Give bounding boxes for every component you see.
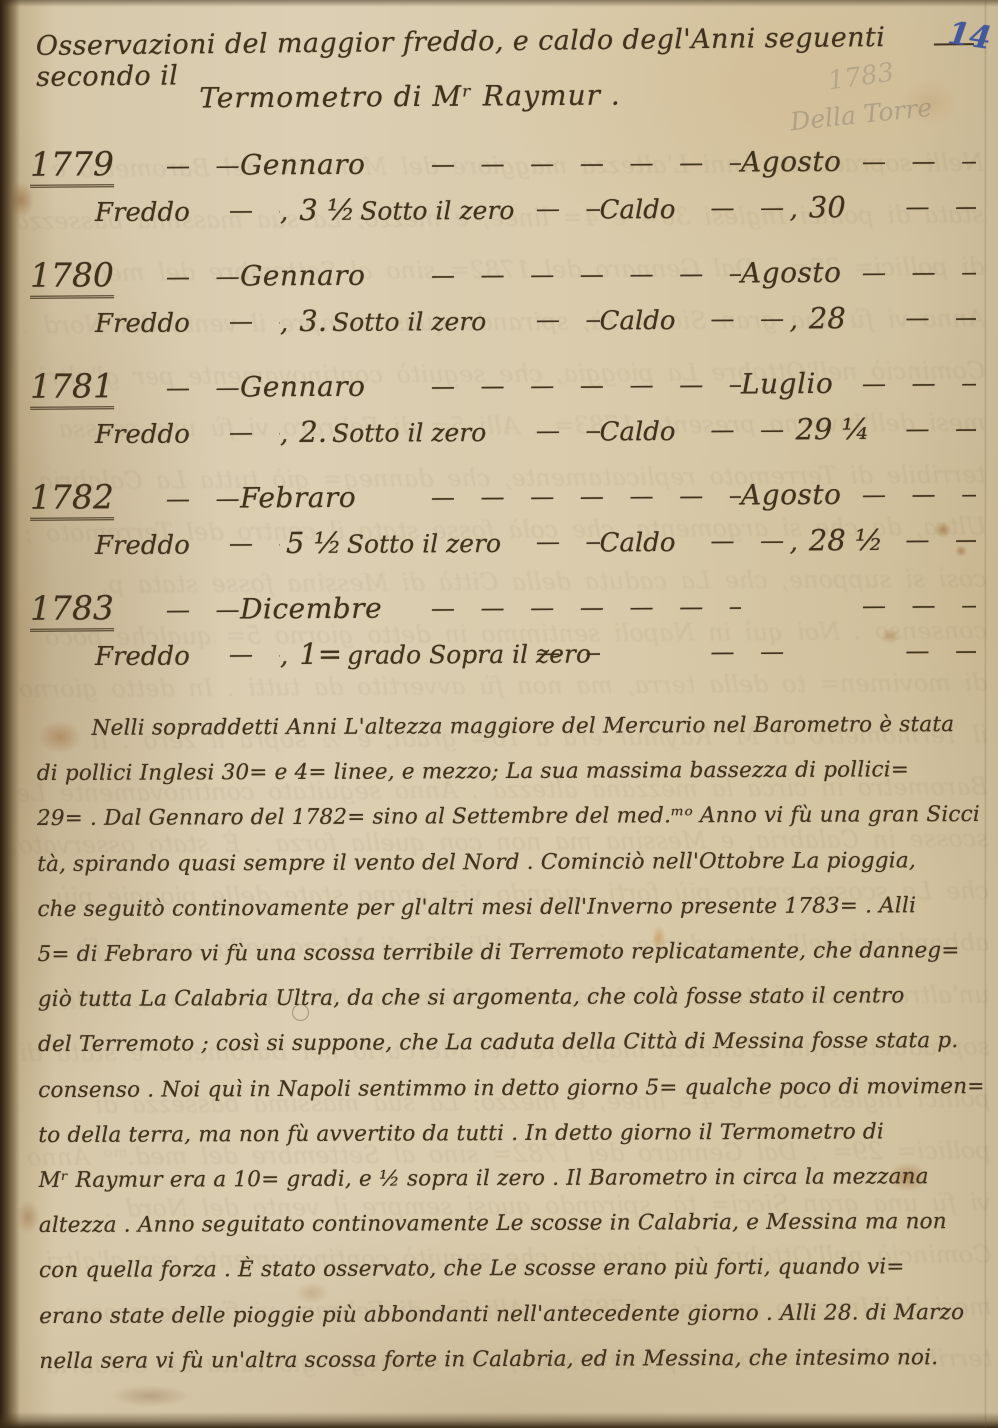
ink-stain [110,1385,190,1407]
hot-month-label: Luglio [741,367,856,401]
paragraph-line: consenso . Noi quì in Napoli sentimmo in… [38,1064,982,1113]
dash-filler: — — — — — — — — — — — — — — — — — — — — … [223,529,280,557]
dash-filler: — — — — — — — — — — — — — — — — — — — — … [856,480,976,509]
cold-label: Freddo [95,530,223,561]
paragraph-line: Mʳ Raymur era a 10= gradi, e ½ sopra il … [38,1154,982,1203]
cold-label: Freddo [95,308,223,339]
hot-label: Caldo [599,195,704,226]
dash-filler: — — — — — — — — — — — — — — — — — — — — … [530,416,600,444]
hot-value-cell: , 30 [789,190,899,225]
paragraph-line: 5= di Febraro vi fù una scossa terribile… [38,928,982,977]
comma: , [280,197,294,227]
cold-value-cell: , 3. Sotto il zero [280,303,530,338]
dash-filler: — — — — — — — — — — — — — — — — — — — — … [530,638,600,666]
dash-filler: — — — — — — — — — — — — — — — — — — — — … [704,193,789,221]
comma: , [280,419,294,449]
value-row: Freddo — — — — — — — — — — — — — — — — —… [0,189,976,228]
paragraph-line: tà, spirando quasi sempre il vento del N… [37,838,981,887]
cold-unit: Sotto il zero [347,529,501,559]
year-record: 1783 — — — — — — — — — — — — — — — — — —… [0,586,998,697]
dash-filler: — — — — — — — — — — — — — — — — — — — — … [704,637,789,665]
year-row: 1780 — — — — — — — — — — — — — — — — — —… [0,250,976,299]
dash-filler: — — — — — — — — — — — — — — — — — — — — … [899,414,976,442]
hot-label: Caldo [599,528,704,559]
year-record: 1782 — — — — — — — — — — — — — — — — — —… [0,475,998,586]
dash-filler: — — — — — — — — — — — — — — — — — — — — … [530,305,600,333]
hot-value-cell [789,634,899,669]
folio-number: 14 [946,15,994,57]
dash-filler: — — — — — — — — — — — — — — — — — — — — … [856,369,976,398]
comma: , [789,194,803,224]
dash-filler: — — — — — — — — — — — — — — — — — — — — … [899,303,976,331]
cold-label: Freddo [95,197,223,228]
dash-filler: — — — — — — — — — — — — — — — — — — — — … [223,640,280,668]
year-record: 1781 — — — — — — — — — — — — — — — — — —… [0,364,998,475]
cold-month-label: Febraro [240,480,425,514]
cold-value-cell: , 3 ½ Sotto il zero [280,192,530,227]
cold-value-cell: , 2. Sotto il zero [280,414,530,449]
dash-filler: — — — — — — — — — — — — — — — — — — — — … [899,525,976,553]
hot-month-label: Agosto [741,478,856,512]
year-label: 1780 [30,255,114,299]
hot-value-cell: , 28 ½ [789,523,899,558]
paragraph: Nelli sopraddetti Anni L'altezza maggior… [37,702,984,1384]
comma: , [280,308,294,338]
paragraph-line: erano state delle pioggie più abbondanti… [39,1290,983,1339]
comma: , [280,641,294,671]
dash-filler: — — — — — — — — — — — — — — — — — — — — … [223,418,280,446]
cold-value: 1= [299,637,342,671]
year-row: 1783 — — — — — — — — — — — — — — — — — —… [0,583,976,632]
paragraph-line: di pollici Inglesi 30= e 4= linee, e mez… [37,747,981,796]
hot-month-label: Agosto [741,256,856,290]
dash-filler: — — — — — — — — — — — — — — — — — — — — … [425,481,741,511]
paragraph-line: to della terra, ma non fù avvertito da t… [38,1109,982,1158]
dash-filler: — — — — — — — — — — — — — — — — — — — — … [704,526,789,554]
cold-value: 3. [299,304,327,338]
paragraph-line: con quella forza . È stato osservato, ch… [39,1244,983,1293]
dash-filler: — — — — — — — — — — — — — — — — — — — — … [530,527,600,555]
hot-month-label [741,615,856,616]
value-row: Freddo — — — — — — — — — — — — — — — — —… [0,411,976,450]
year-row: 1779 — — — — — — — — — — — — — — — — — —… [0,139,976,188]
manuscript-page: Nelli sopraddetti Anni L'altezza maggior… [0,0,998,1428]
dash-filler: — — — — — — — — — — — — — — — — — — — — … [223,196,280,224]
comma [789,638,795,668]
title-line2: Termometro di Mʳ Raymur . [0,77,820,116]
cold-month-label: Gennaro [240,258,425,292]
paragraph-line: altezza . Anno seguitato continovamente … [39,1199,983,1248]
dash-filler: — — — — — — — — — — — — — — — — — — — — … [704,415,789,443]
comma: , [789,305,803,335]
dash-filler: — — — — — — — — — — — — — — — — — — — — … [425,148,741,178]
dash-filler: — — — — — — — — — — — — — — — — — — — — … [160,262,240,290]
page-bottom-edge [0,1412,998,1428]
cold-unit: Sotto il zero [332,418,486,448]
paragraph-line: Nelli sopraddetti Anni L'altezza maggior… [37,702,981,751]
dash-filler: — — — — — — — — — — — — — — — — — — — — … [856,258,976,287]
cold-unit: Sotto il zero [332,307,486,337]
dash-filler: — — — — — — — — — — — — — — — — — — — — … [704,304,789,332]
cold-label: Freddo [95,419,223,450]
hot-value: 28 ½ [809,523,883,557]
hot-value: 28 [809,301,846,335]
year-record: 1779 — — — — — — — — — — — — — — — — — —… [0,142,998,253]
hot-month-label: Agosto [741,145,856,179]
hot-label [600,662,705,663]
cold-month-label: Dicembre [240,591,425,625]
hot-value-cell: 29 ¼ [789,412,899,447]
value-row: Freddo — — — — — — — — — — — — — — — — —… [0,522,976,561]
cold-unit: Sotto il zero [360,196,514,226]
cold-value-cell: 5 ½ Sotto il zero [280,525,530,560]
cold-value: 2. [299,415,327,449]
dash-filler: — — — — — — — — — — — — — — — — — — — — … [160,484,240,512]
comma: , [789,527,803,557]
year-label: 1781 [30,366,114,410]
hot-value-cell: , 28 [789,301,899,336]
dash-filler: — — — — — — — — — — — — — — — — — — — — … [160,595,240,623]
year-record: 1780 — — — — — — — — — — — — — — — — — —… [0,253,998,364]
value-row: Freddo — — — — — — — — — — — — — — — — —… [0,300,976,339]
dash-filler: — — — — — — — — — — — — — — — — — — — — … [425,370,741,400]
dash-filler: — — — — — — — — — — — — — — — — — — — — … [425,592,741,622]
dash-filler: — — — — — — — — — — — — — — — — — — — — … [160,151,240,179]
dash-filler: — — — — — — — — — — — — — — — — — — — — … [223,307,280,335]
dash-filler: — — — — — — — — — — — — — — — — — — — — … [899,636,976,664]
cold-value: 3 ½ [299,193,355,227]
dash-filler: — — — — — — — — — — — — — — — — — — — — … [899,192,976,220]
cold-month-label: Gennaro [240,369,425,403]
hot-value: 30 [809,190,846,224]
cold-month-label: Gennaro [240,147,425,181]
dash-filler: — — — — — — — — — — — — — — — — — — — — … [425,259,741,289]
page-top-edge [0,0,998,7]
cold-value: 5 ½ [286,526,342,560]
dash-filler: — — — — — — — — — — — — — — — — — — — — … [530,194,600,222]
cold-label: Freddo [95,641,223,672]
hot-label: Caldo [599,417,704,448]
paragraph-line: che seguitò continovamente per gl'altri … [37,883,981,932]
records: 1779 — — — — — — — — — — — — — — — — — —… [0,142,998,697]
value-row: Freddo — — — — — — — — — — — — — — — — —… [0,633,976,672]
hot-label: Caldo [599,306,704,337]
year-row: 1781 — — — — — — — — — — — — — — — — — —… [0,361,976,410]
dash-filler: — — — — — — — — — — — — — — — — — — — — … [160,373,240,401]
cold-value-cell: , 1= grado Sopra il zero [280,636,530,671]
hot-value: 29 ¼ [795,412,869,446]
paragraph-line: 29= . Dal Gennaro del 1782= sino al Sett… [37,792,981,841]
dash-filler: — — — — — — — — — — — — — — — — — — — — … [856,147,976,176]
year-label: 1782 [30,477,114,521]
year-label: 1779 [30,144,114,188]
year-row: 1782 — — — — — — — — — — — — — — — — — —… [0,472,976,521]
dash-filler: — — — — — — — — — — — — — — — — — — — — … [856,591,976,620]
paragraph-line: nella sera vi fù un'altra scossa forte i… [39,1335,983,1384]
year-label: 1783 [30,588,114,632]
paragraph-line: del Terremoto ; così si suppone, che La … [38,1018,982,1067]
paragraph-line: giò tutta La Calabria Ultra, da che si a… [38,973,982,1022]
